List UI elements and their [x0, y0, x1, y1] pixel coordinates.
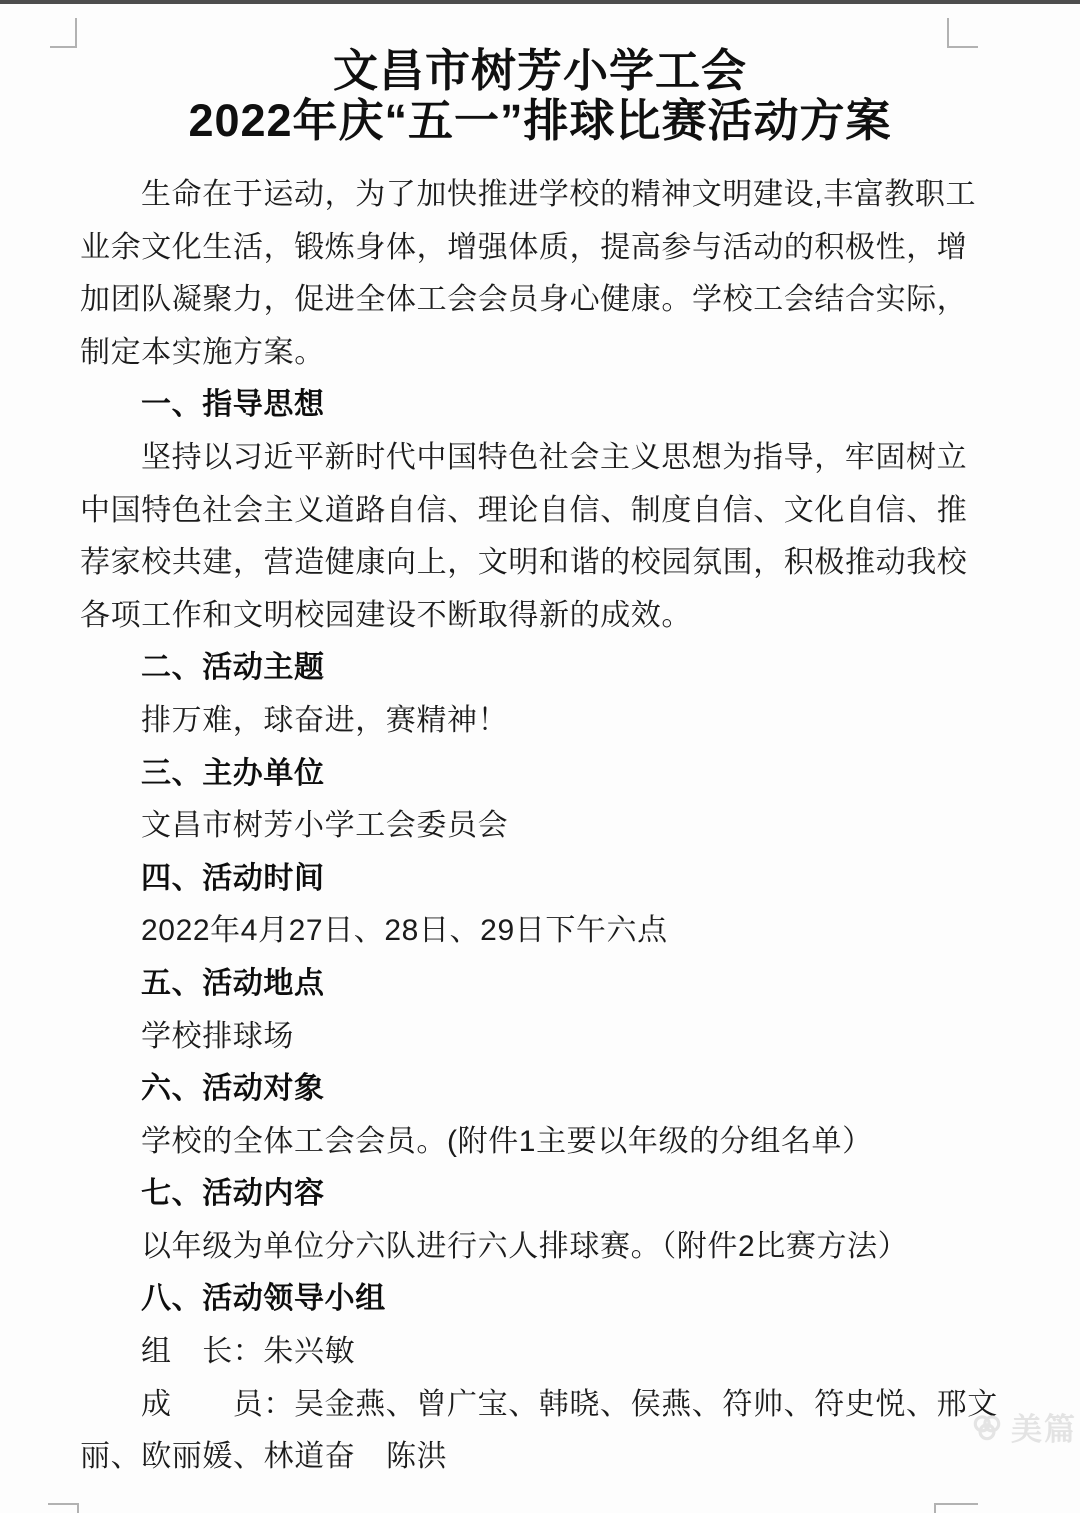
document-body: 生命在于运动，为了加快推进学校的精神文明建设,丰富教职工 业余文化生活，锻炼身体…	[80, 169, 1010, 1484]
paragraph-line: 各项工作和文明校园建设不断取得新的成效。	[80, 590, 1010, 643]
crop-mark-bottom-right-horizontal	[934, 1503, 978, 1505]
crop-mark-bottom-left-vertical	[77, 1503, 79, 1513]
paragraph-line: 排万难，球奋进，赛精神！	[80, 695, 1010, 748]
section-heading-7: 七、活动内容	[80, 1168, 1010, 1221]
crop-mark-bottom-right-vertical	[934, 1503, 936, 1513]
title-line-2: 2022年庆“五一”排球比赛活动方案	[188, 95, 891, 146]
section-heading-8: 八、活动领导小组	[80, 1273, 1010, 1326]
meipian-logo-icon	[970, 1410, 1004, 1444]
top-border	[0, 0, 1080, 4]
paragraph-line: 文昌市树芳小学工会委员会	[80, 800, 1010, 853]
section-heading-4: 四、活动时间	[80, 853, 1010, 906]
paragraph-line: 业余文化生活，锻炼身体，增强体质，提高参与活动的积极性，增	[80, 222, 1010, 275]
section-heading-1: 一、指导思想	[80, 379, 1010, 432]
crop-mark-top-right-vertical	[947, 18, 949, 48]
paragraph-line: 中国特色社会主义道路自信、理论自信、制度自信、文化自信、推	[80, 485, 1010, 538]
meipian-watermark: 美篇	[970, 1404, 1077, 1449]
title-line-1: 文昌市树芳小学工会	[333, 45, 747, 96]
paragraph-line: 学校的全体工会会员。(附件1主要以年级的分组名单）	[80, 1116, 1010, 1169]
crop-mark-top-left-vertical	[75, 18, 77, 48]
paragraph-line: 生命在于运动，为了加快推进学校的精神文明建设,丰富教职工	[80, 169, 1010, 222]
paragraph-line: 2022年4月27日、28日、29日下午六点	[80, 905, 1010, 958]
paragraph-line: 以年级为单位分六队进行六人排球赛。（附件2比赛方法）	[80, 1221, 1010, 1274]
group-members-line: 丽、欧丽媛、林道奋 陈洪	[80, 1431, 1010, 1484]
document-title: 文昌市树芳小学工会 2022年庆“五一”排球比赛活动方案	[0, 46, 1080, 146]
paragraph-line: 学校排球场	[80, 1011, 1010, 1064]
section-heading-3: 三、主办单位	[80, 748, 1010, 801]
group-leader-line: 组 长：朱兴敏	[80, 1326, 1010, 1379]
section-heading-2: 二、活动主题	[80, 642, 1010, 695]
paragraph-line: 坚持以习近平新时代中国特色社会主义思想为指导，牢固树立	[80, 432, 1010, 485]
group-members-line: 成 员：吴金燕、曾广宝、韩晓、侯燕、符帅、符史悦、邢文	[80, 1379, 1010, 1432]
paragraph-line: 加团队凝聚力，促进全体工会会员身心健康。学校工会结合实际，	[80, 274, 1010, 327]
document-page: 文昌市树芳小学工会 2022年庆“五一”排球比赛活动方案 生命在于运动，为了加快…	[0, 0, 1080, 1513]
paragraph-line: 荐家校共建，营造健康向上，文明和谐的校园氛围，积极推动我校	[80, 537, 1010, 590]
section-heading-5: 五、活动地点	[80, 958, 1010, 1011]
crop-mark-bottom-left-horizontal	[48, 1503, 79, 1505]
paragraph-line: 制定本实施方案。	[80, 327, 1010, 380]
meipian-watermark-label: 美篇	[1011, 1404, 1077, 1449]
section-heading-6: 六、活动对象	[80, 1063, 1010, 1116]
